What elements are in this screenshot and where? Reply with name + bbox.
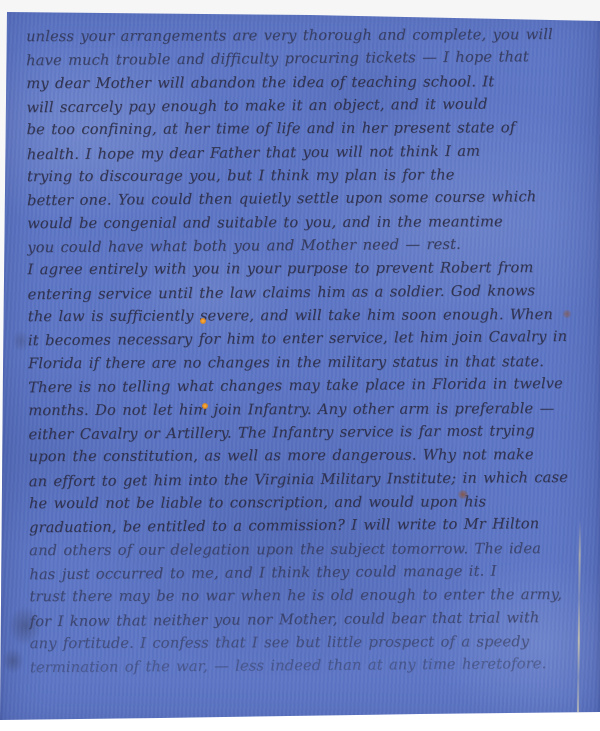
letter-line: have much trouble and difficulty procuri… (26, 45, 586, 73)
letter-line: Florida if there are no changes in the m… (28, 350, 588, 376)
letter-line: months. Do not let him join Infantry. An… (28, 396, 588, 422)
letter-line: better one. You could then quietly settl… (27, 185, 587, 213)
orange-stain-dot (202, 403, 208, 409)
letter-line: graduation, be entitled to a commission?… (29, 512, 589, 540)
scan-background: unless your arrangements are very thorou… (0, 0, 600, 731)
letter-line: an effort to get him into the Virginia M… (29, 465, 589, 493)
letter-line: trust there may be no war when he is old… (29, 583, 589, 609)
ink-smudge (12, 330, 30, 352)
letter-line: would be congenial and suitable to you, … (27, 210, 587, 236)
letter-line: be too confining, at her time of life an… (27, 116, 587, 142)
letter-paper: unless your arrangements are very thorou… (0, 0, 600, 731)
ink-smudge (2, 648, 24, 674)
letter-line: upon the constitution, as well as more d… (29, 443, 589, 469)
letter-text: unless your arrangements are very thorou… (26, 22, 590, 679)
letter-line: my dear Mother will abandon the idea of … (26, 70, 586, 96)
letter-line: it becomes necessary for him to enter se… (28, 325, 588, 353)
letter-line: health. I hope my dear Father that you w… (27, 139, 587, 167)
letter-line: for I know that neither you nor Mother, … (30, 605, 590, 633)
rust-spot (458, 490, 468, 499)
letter-line: I agree entirely with you in your purpos… (27, 256, 587, 282)
letter-line: termination of the war, — less indeed th… (30, 652, 590, 680)
orange-stain-dot (200, 318, 206, 324)
letter-line: There is no telling what changes may tak… (28, 372, 588, 400)
rust-spot (563, 310, 571, 318)
letter-line: and others of our delegation upon the su… (29, 536, 589, 562)
ink-smudge (8, 606, 42, 646)
letter-line: entering service until the law claims hi… (28, 279, 588, 307)
